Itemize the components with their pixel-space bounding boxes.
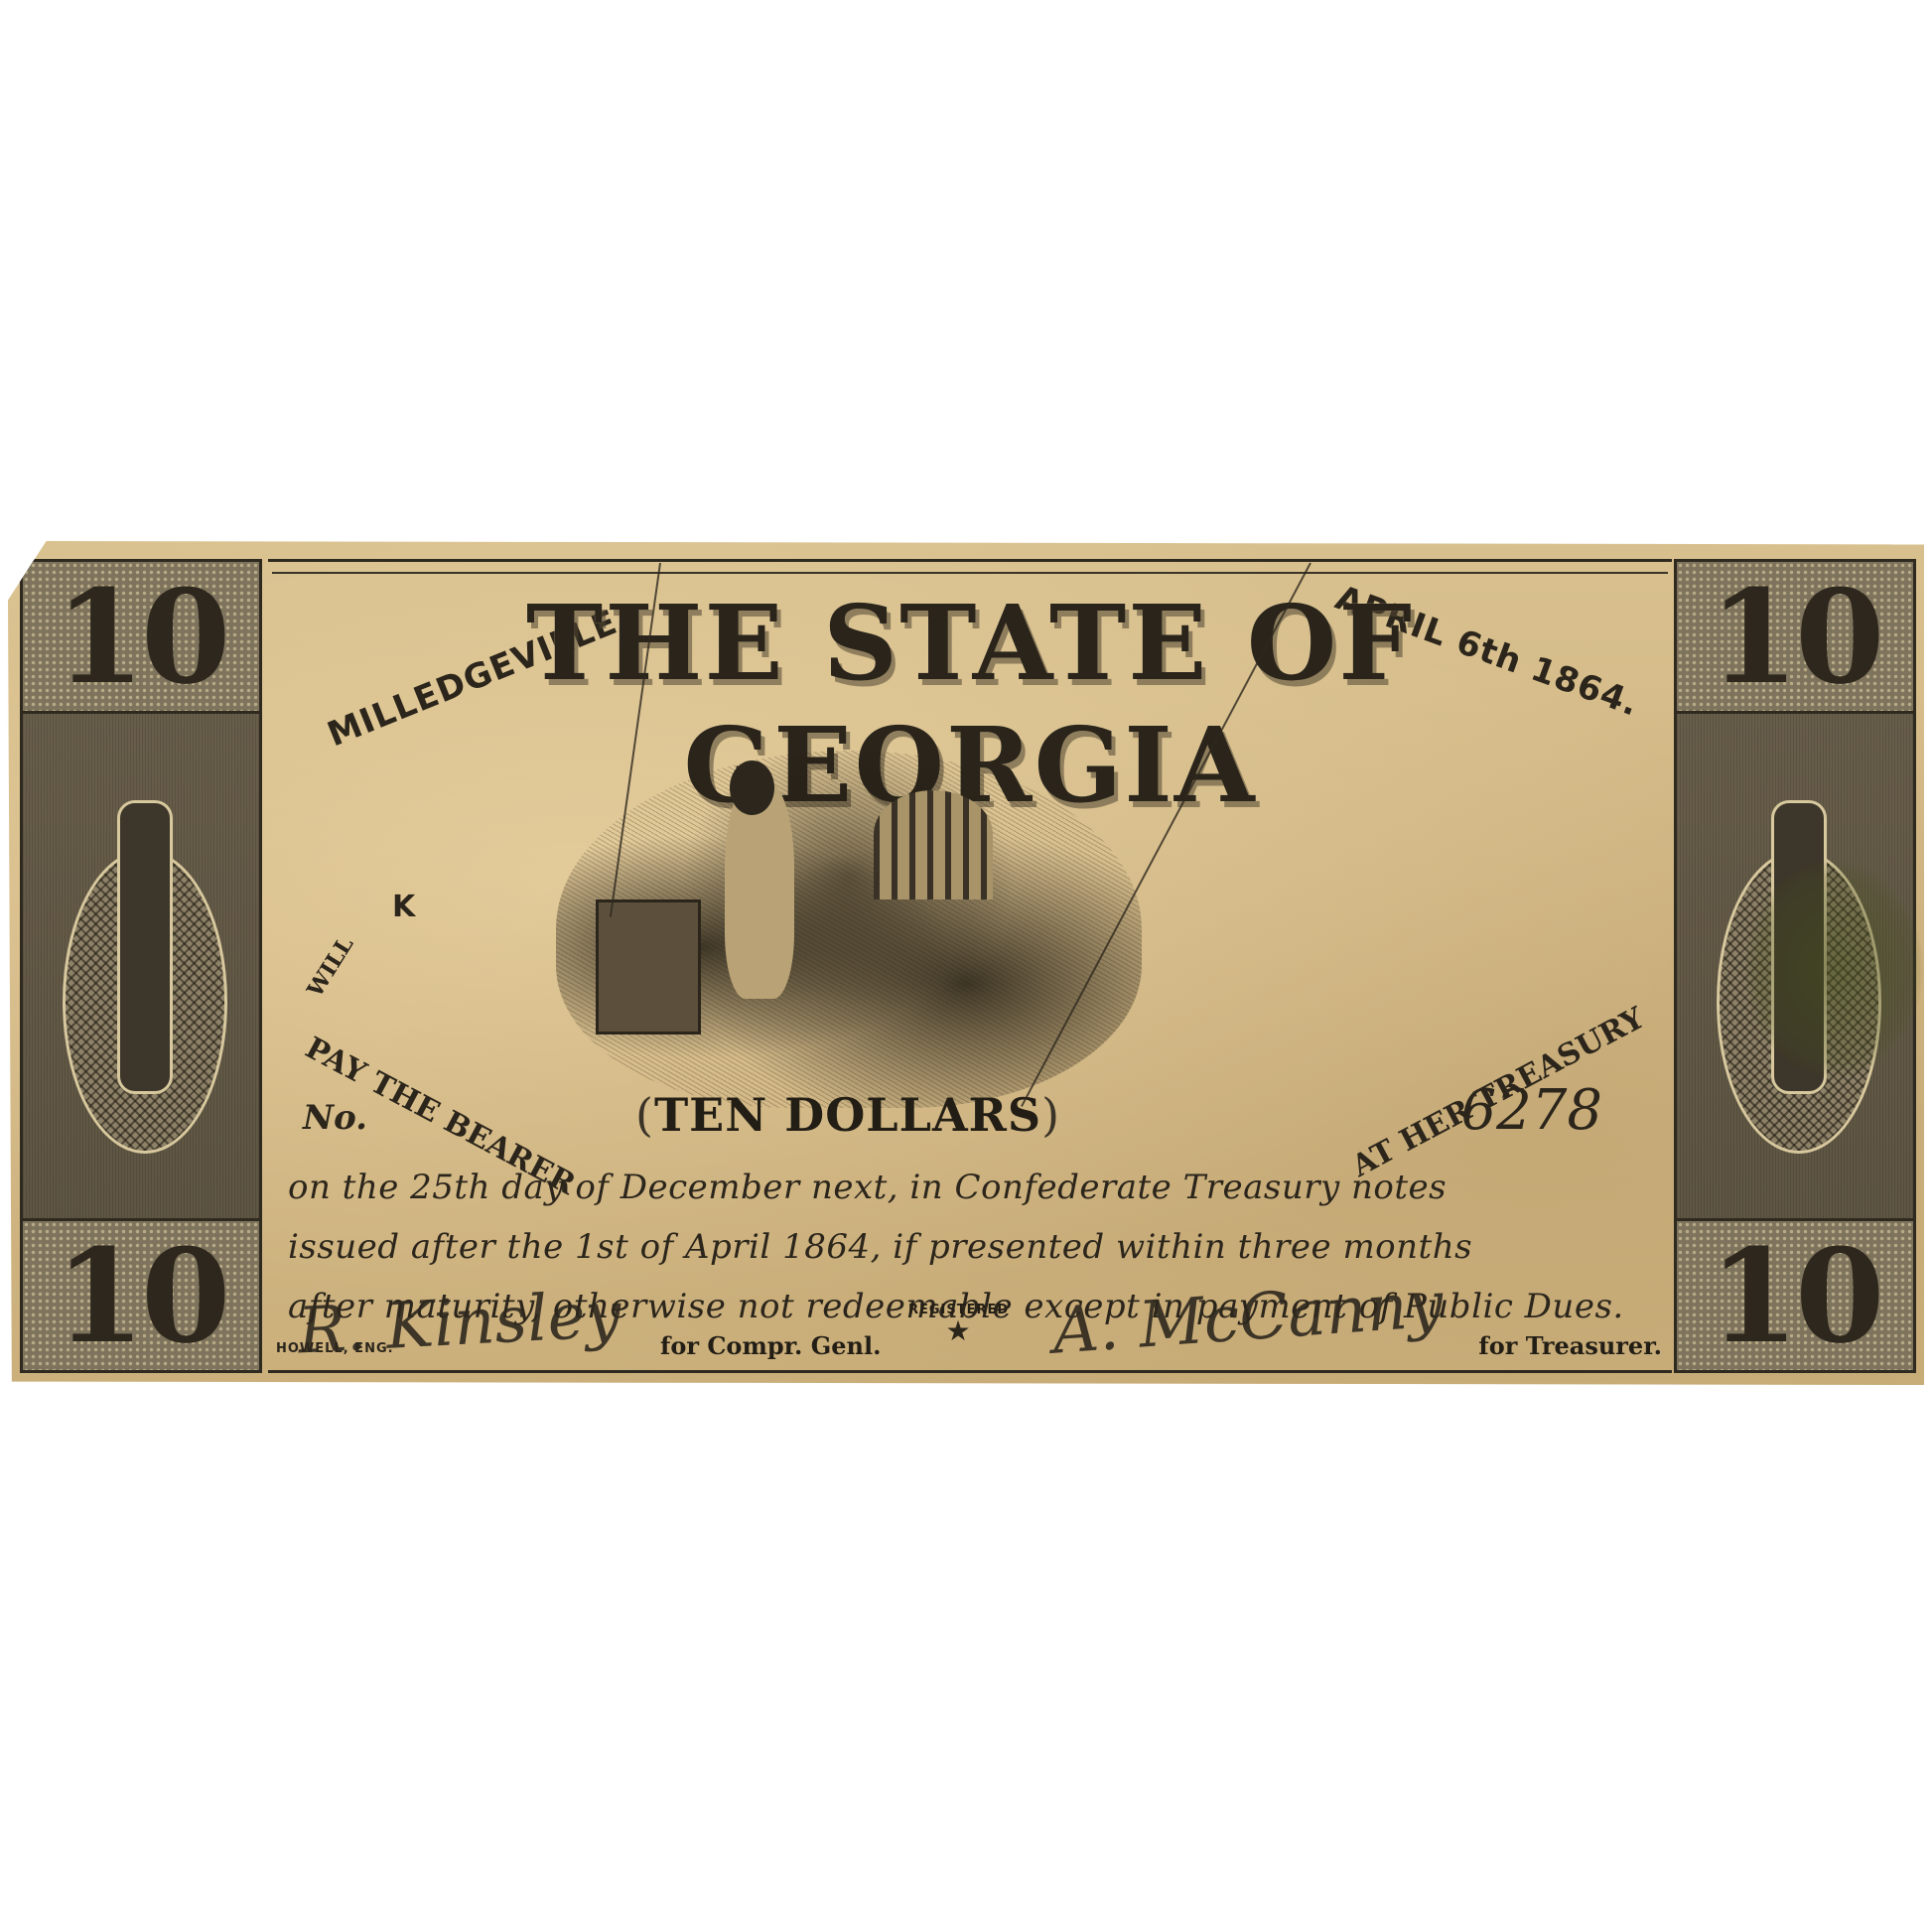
- green-cancel-stamp-icon: [1744, 860, 1923, 1078]
- star-icon: ★: [908, 1317, 1008, 1345]
- amount-paren-open: (: [635, 1088, 654, 1142]
- amount-words: TEN DOLLARS: [654, 1088, 1041, 1142]
- amount-paren-close: ): [1041, 1088, 1060, 1142]
- right-end-panel: 10 10: [1674, 559, 1916, 1373]
- domed-temple-icon: [874, 790, 993, 899]
- ornamental-one-icon: [117, 800, 173, 1094]
- frame-rule: [272, 572, 1668, 574]
- series-letter: K: [392, 890, 415, 924]
- serial-number: 6278: [1460, 1078, 1602, 1143]
- denomination-bottom-right: 10: [1677, 1218, 1913, 1370]
- terms-line: on the 25th day of December next, in Con…: [288, 1158, 1652, 1217]
- comptroller-label: for Compr. Genl.: [660, 1331, 881, 1360]
- registered-stamp: REGISTERED ★: [908, 1303, 1008, 1362]
- center-field: MILLEDGEVILLE, APRIL 6th 1864. THE STATE…: [268, 559, 1672, 1373]
- treasurer-label: for Treasurer.: [1478, 1331, 1662, 1360]
- title-word: STATE: [823, 582, 1208, 704]
- engraver-imprint: HOWELL, ENG.: [276, 1341, 394, 1356]
- figure-head-icon: [730, 760, 774, 815]
- denomination-bottom-left: 10: [23, 1218, 259, 1370]
- denomination-top-left: 10: [23, 562, 259, 714]
- banknote: 10 10 10 10 MILLEDGEVILLE, APRIL 6th 186…: [8, 541, 1924, 1385]
- number-label: No.: [303, 1098, 367, 1138]
- denomination-top-right: 10: [1677, 562, 1913, 714]
- ornamental-ten-left-icon: [63, 760, 221, 1177]
- allegorical-vignette-icon: [556, 751, 1142, 1108]
- strongbox-icon: [596, 899, 701, 1035]
- will-text: WILL: [302, 932, 358, 1002]
- amount-text: (TEN DOLLARS): [635, 1088, 1060, 1142]
- terms-line: issued after the 1st of April 1864, if p…: [288, 1217, 1652, 1277]
- title-word: OF: [1247, 582, 1414, 704]
- left-end-panel: 10 10: [20, 559, 262, 1373]
